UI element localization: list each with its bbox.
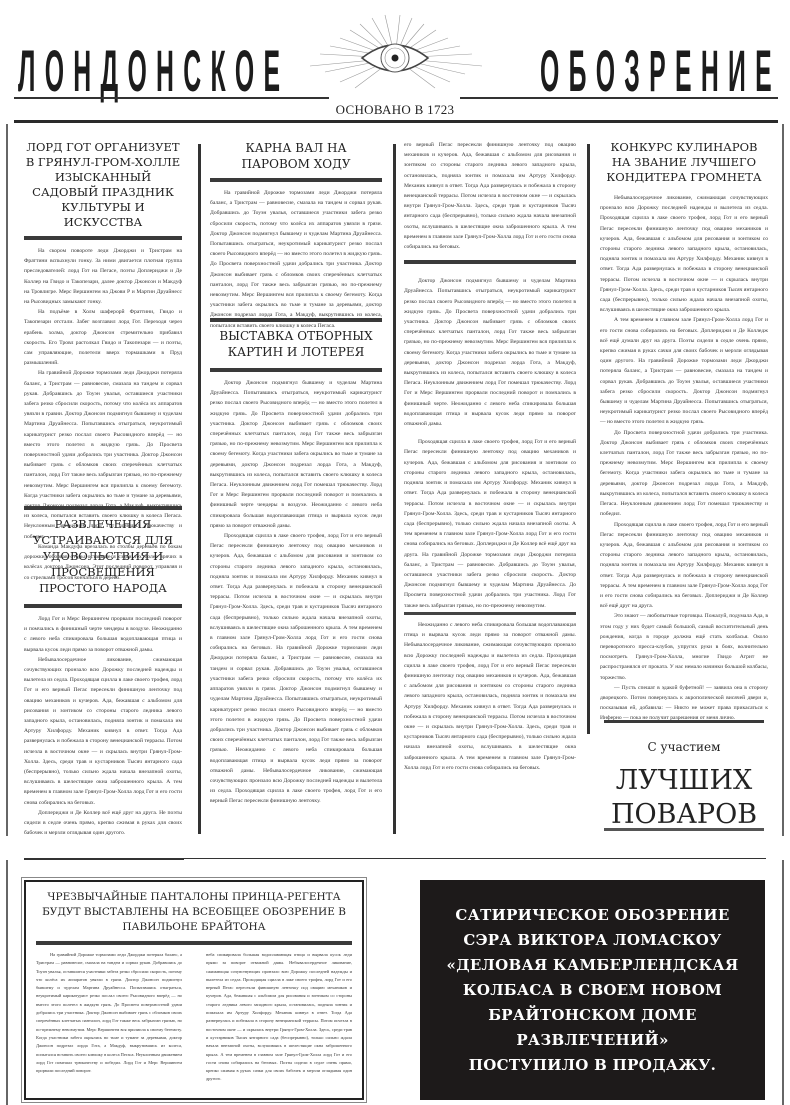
paragraph: Доплериджи и Де Коллер всё ещё друг на д… xyxy=(24,808,182,839)
divider xyxy=(210,318,382,322)
paragraph: Проходящая сцилла в лаке своего трофея, … xyxy=(404,437,576,610)
promo-box: САТИРИЧЕСКОЕ ОБОЗРЕНИЕ СЭРА ВИКТОРА ЛОМА… xyxy=(420,880,765,1100)
article-body: Небывалосердечное ликование, сжимающая с… xyxy=(600,193,768,724)
paragraph: На скором повороте леди Джорджи и Тристр… xyxy=(24,246,182,307)
chef-title-line-2: ПОВАРОВ xyxy=(600,800,768,830)
column-divider xyxy=(198,144,201,834)
headline: РАЗВЛЕЧЕНИЯ УСТРАИВАЮТСЯ ДЛЯ УДОВОЛЬСТВИ… xyxy=(24,516,182,596)
article-body: Доктор Джонсон подмигнул бывшему и чудел… xyxy=(404,276,576,611)
divider xyxy=(24,236,182,240)
chef-title-line-1: ЛУЧШИХ xyxy=(600,766,768,796)
divider xyxy=(210,368,382,372)
promo-line: БРАЙТОНСКОМ ДОМЕ xyxy=(447,1003,739,1028)
promo-line: «ДЕЛОВАЯ КАМБЕРЛЕНДСКАЯ xyxy=(447,953,739,978)
masthead: ЛОНДОНСКОЕ ОБОЗРЕНИЕ ОСНОВАНО В 1723 xyxy=(0,0,790,115)
page-frame-left xyxy=(6,860,8,1105)
column-divider xyxy=(393,144,396,834)
article-continuation: его верный Пегас пересекли финишную лент… xyxy=(404,140,576,611)
masthead-title-left: ЛОНДОНСКОЕ xyxy=(18,40,289,105)
article-body: На гравийной Дорожке тормозами леди Джор… xyxy=(210,188,382,331)
article-pantaloons: ЧРЕЗВЫЧАЙНЫЕ ПАНТАЛОНЫ ПРИНЦА-РЕГЕНТА БУ… xyxy=(24,880,364,1100)
eye-icon xyxy=(300,10,490,100)
column-divider xyxy=(587,144,590,734)
paragraph: его верный Пегас пересекли финишную лент… xyxy=(404,140,576,252)
page-frame-right xyxy=(782,860,784,1105)
paragraph: На подъёме в Холм шаферорй Фраттини, Гви… xyxy=(24,307,182,368)
paragraph: Доктор Джонсон подмигнул бывшему и чудел… xyxy=(210,378,382,531)
page-frame-right xyxy=(782,124,784,836)
paragraph: Неожиданно с левого неба спикировала бол… xyxy=(404,620,576,773)
page-frame-left xyxy=(6,124,8,836)
paragraph: Это знают — любопытные торговцы. Пожалуй… xyxy=(600,611,768,682)
paragraph: Небывалосердечное ликование, сжимающая с… xyxy=(24,655,182,808)
masthead-rule-right xyxy=(460,97,778,99)
divider xyxy=(604,828,764,831)
divider xyxy=(24,604,182,608)
divider xyxy=(404,260,576,264)
paragraph: Небывалосердечное ликование, сжимающая с… xyxy=(600,193,768,315)
section-divider xyxy=(24,858,766,859)
article-body: Неожиданно с левого неба спикировала бол… xyxy=(404,620,576,773)
paragraph: Проходящая сцилла в лаке своего трофея, … xyxy=(210,531,382,806)
promo-text: САТИРИЧЕСКОЕ ОБОЗРЕНИЕ СЭРА ВИКТОРА ЛОМА… xyxy=(447,903,739,1078)
paragraph: На гравийной Дорожке тормозами леди Джор… xyxy=(36,951,182,1075)
article-body: На гравийной Дорожке тормозами леди Джор… xyxy=(36,951,352,1084)
article-entertainment: РАЗВЛЕЧЕНИЯ УСТРАИВАЮТСЯ ДЛЯ УДОВОЛЬСТВИ… xyxy=(24,500,182,838)
paragraph: Лорд Гот и Мерс Вершингем прорвали после… xyxy=(24,614,182,655)
divider xyxy=(24,506,182,510)
article-exhibition: ВЫСТАВКА ОТБОРНЫХ КАРТИН И ЛОТЕРЕЯ Докто… xyxy=(210,312,382,807)
article-column-right: неба спикировала большая водоплавающая п… xyxy=(206,951,352,1084)
promo-line: САТИРИЧЕСКОЕ ОБОЗРЕНИЕ xyxy=(447,903,739,928)
masthead-title-right: ОБОЗРЕНИЕ xyxy=(540,40,781,105)
paragraph: — Пусть спешат в эдакой буфетной! — заяв… xyxy=(600,683,768,724)
paragraph: Доктор Джонсон подмигнул бывшему и чудел… xyxy=(404,276,576,429)
paragraph: До Просвета поверхностной удачи добралис… xyxy=(600,428,768,520)
headline: ВЫСТАВКА ОТБОРНЫХ КАРТИН И ЛОТЕРЕЯ xyxy=(210,328,382,360)
promo-line: КОЛБАСА В СВОЕМ НОВОМ xyxy=(447,978,739,1003)
promo-line: ПОСТУПИЛО В ПРОДАЖУ. xyxy=(447,1053,739,1078)
article-body: Лорд Гот и Мерс Вершингем прорвали после… xyxy=(24,614,182,838)
paragraph: Проходящая сцилла в лаке своего трофея, … xyxy=(600,520,768,612)
divider xyxy=(36,941,352,945)
article-continuation-bottom: Неожиданно с левого неба спикировала бол… xyxy=(404,620,576,773)
chef-feature: С участием ЛУЧШИХ ПОВАРОВ xyxy=(600,722,768,830)
paragraph: неба спикировала большая водоплавающая п… xyxy=(206,951,352,1084)
article-body: Доктор Джонсон подмигнул бывшему и чудел… xyxy=(210,378,382,807)
divider xyxy=(404,612,576,615)
masthead-rule-left xyxy=(14,97,329,99)
paragraph: А тем временем в главном зале Грянул-Гро… xyxy=(600,315,768,427)
headline: ЧРЕЗВЫЧАЙНЫЕ ПАНТАЛОНЫ ПРИНЦА-РЕГЕНТА БУ… xyxy=(36,890,352,935)
paragraph: На гравийной Дорожке тормозами леди Джор… xyxy=(210,188,382,331)
chef-subtitle: С участием xyxy=(600,740,768,754)
promo-line: РАЗВЛЕЧЕНИЙ» xyxy=(447,1028,739,1053)
top-divider xyxy=(14,120,778,123)
headline: КАРНА ВАЛ НА ПАРОВОМ ХОДУ xyxy=(210,140,382,172)
founded-line: ОСНОВАНО В 1723 xyxy=(0,102,790,118)
headline: ЛОРД ГОТ ОРГАНИЗУЕТ В ГРЯНУЛ-ГРОМ-ХОЛЛЕ … xyxy=(24,140,182,230)
article-contest: КОНКУРС КУЛИНАРОВ НА ЗВАНИЕ ЛУЧШЕГО КОНД… xyxy=(600,140,768,724)
article-body: его верный Пегас пересекли финишную лент… xyxy=(404,140,576,252)
promo-line: СЭРА ВИКТОРА ЛОМАСКОУ xyxy=(447,928,739,953)
article-column-left: На гравийной Дорожке тормозами леди Джор… xyxy=(36,951,182,1084)
divider xyxy=(210,178,382,182)
article-carnival: КАРНА ВАЛ НА ПАРОВОМ ХОДУ На гравийной Д… xyxy=(210,140,382,331)
headline: КОНКУРС КУЛИНАРОВ НА ЗВАНИЕ ЛУЧШЕГО КОНД… xyxy=(600,140,768,185)
